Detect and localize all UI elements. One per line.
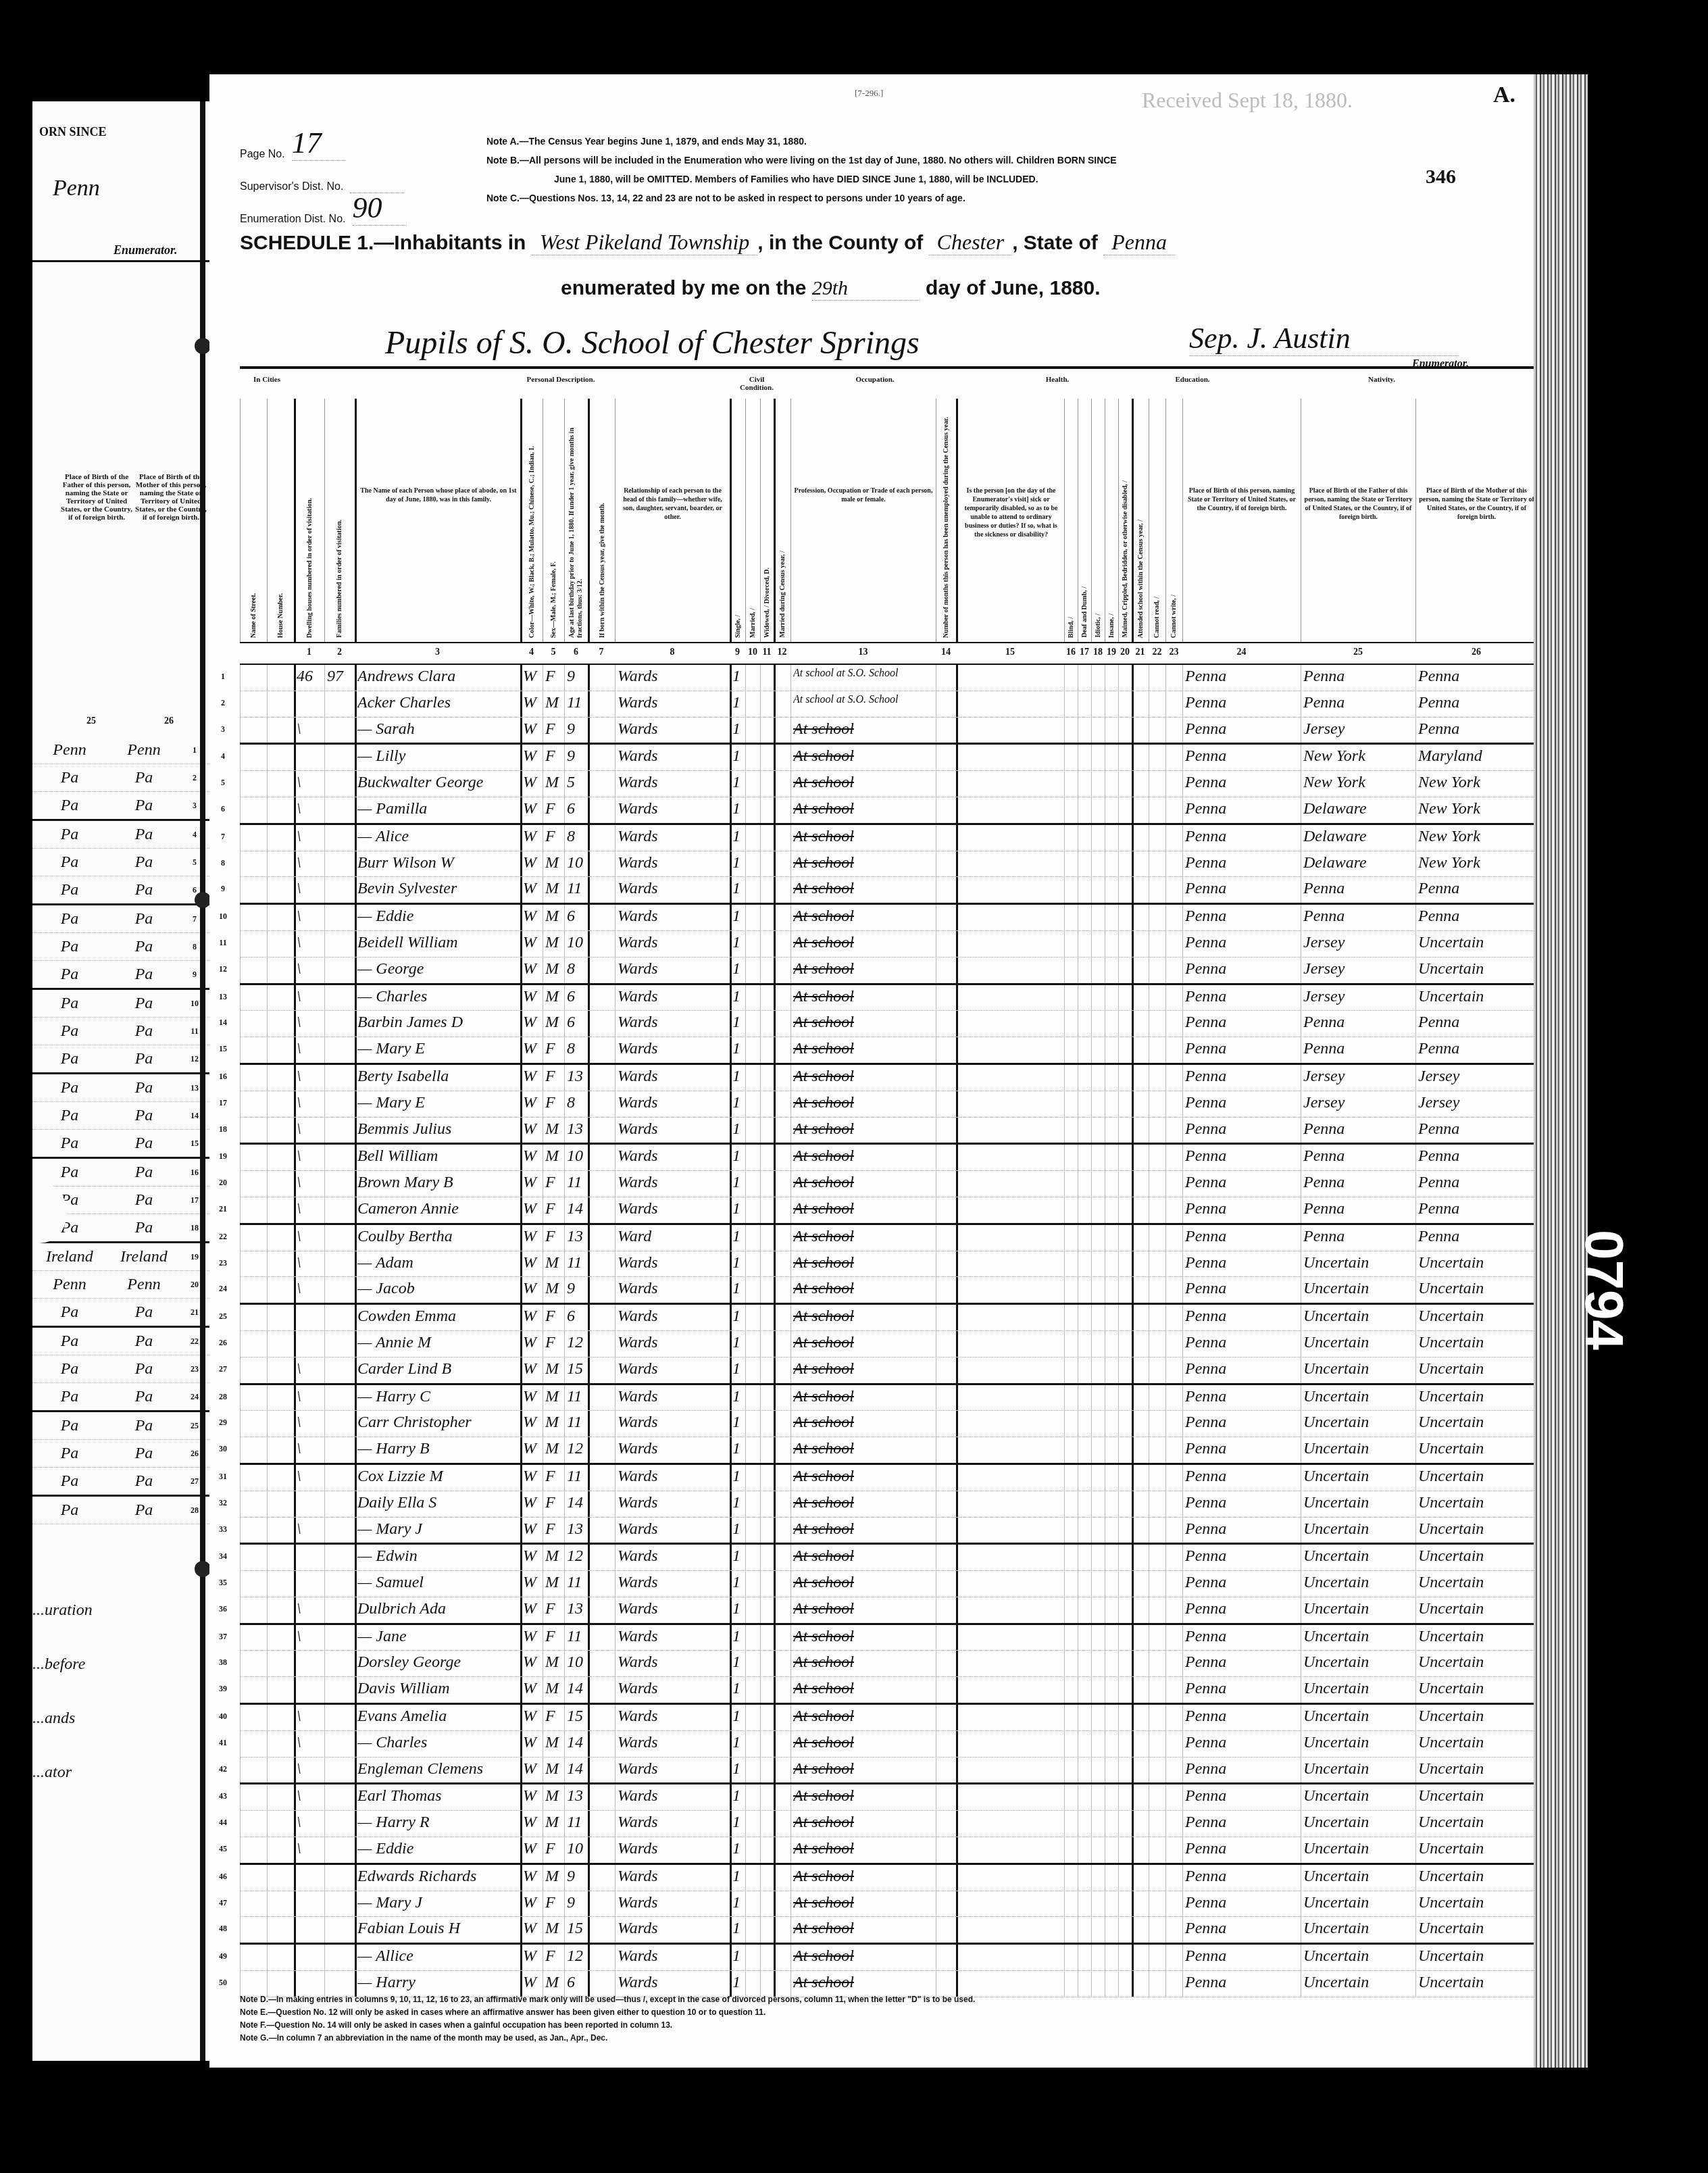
grid-line bbox=[1415, 1145, 1416, 1170]
grid-line bbox=[1182, 1865, 1183, 1891]
grid-line bbox=[1064, 1091, 1065, 1117]
cell-age: 8 bbox=[567, 960, 586, 978]
grid-line bbox=[956, 1011, 958, 1036]
left-cell-c25: Pa bbox=[32, 1303, 107, 1322]
cell-c26: Penna bbox=[1418, 694, 1536, 712]
grid-line bbox=[1078, 1518, 1078, 1543]
grid-line bbox=[1149, 1331, 1149, 1357]
grid-line bbox=[324, 1145, 325, 1170]
grid-line bbox=[1078, 1811, 1078, 1837]
grid-line bbox=[730, 1865, 732, 1891]
grid-line bbox=[790, 1518, 791, 1543]
grid-line bbox=[615, 1597, 616, 1623]
column-header-label: The Name of each Person whose place of a… bbox=[359, 486, 518, 504]
table-row: 49— AlliceWF12Wards1At schoolPennaUncert… bbox=[240, 1945, 1537, 1971]
grid-line bbox=[324, 1677, 325, 1703]
grid-line bbox=[355, 1597, 357, 1623]
cell-occ: At school bbox=[793, 1707, 934, 1726]
column-header-23: Cannot write, / bbox=[1165, 399, 1182, 642]
cell-rel: Wards bbox=[618, 1307, 728, 1326]
column-header-17: Deaf and Dumb, / bbox=[1078, 399, 1091, 642]
grid-line bbox=[1118, 1545, 1119, 1570]
grid-line bbox=[956, 1917, 958, 1943]
left-cell-c25: Penn bbox=[32, 741, 107, 759]
grid-line bbox=[1149, 1305, 1149, 1330]
left-cell-c26: Pa bbox=[107, 1134, 181, 1153]
grid-line bbox=[240, 1571, 241, 1597]
cell-dwelling: \ bbox=[297, 907, 323, 926]
grid-line bbox=[774, 1037, 776, 1063]
column-header-street: Name of Street. bbox=[240, 399, 267, 642]
grid-line bbox=[1064, 985, 1065, 1011]
grid-line bbox=[1165, 1465, 1166, 1491]
grid-line bbox=[790, 1145, 791, 1170]
left-cell-c25: Pa bbox=[32, 769, 107, 787]
grid-line bbox=[1132, 665, 1134, 691]
grid-line bbox=[790, 1571, 791, 1597]
cell-single: 1 bbox=[732, 1280, 744, 1298]
grid-line bbox=[1415, 851, 1416, 877]
table-row: 16\Berty IsabellaWF13Wards1At schoolPenn… bbox=[240, 1065, 1537, 1091]
grid-line bbox=[745, 1518, 746, 1543]
cell-occ: At school bbox=[793, 1334, 934, 1352]
grid-line bbox=[1118, 1971, 1119, 1997]
grid-line bbox=[956, 1491, 958, 1517]
grid-line bbox=[588, 1837, 590, 1863]
grid-line bbox=[294, 1065, 296, 1091]
grid-line bbox=[267, 1411, 268, 1437]
grid-line bbox=[1132, 1437, 1134, 1463]
cell-name: Cox Lizzie M bbox=[357, 1468, 519, 1486]
cell-c24: Penna bbox=[1185, 720, 1299, 739]
note-g: Note G.—In column 7 an abbreviation in t… bbox=[240, 2032, 975, 2045]
line-number-left: 48 bbox=[213, 1924, 233, 1934]
cell-c26: Uncertain bbox=[1418, 1868, 1536, 1886]
grid-line bbox=[240, 1491, 241, 1517]
cell-single: 1 bbox=[732, 1440, 744, 1458]
cell-sex: F bbox=[545, 1094, 563, 1112]
grid-line bbox=[760, 1917, 761, 1943]
cell-c25: Delaware bbox=[1303, 828, 1414, 846]
cell-c24: Penna bbox=[1185, 1760, 1299, 1778]
column-header-12: Married during Census year, / bbox=[774, 399, 790, 642]
cell-c25: Uncertain bbox=[1303, 1840, 1414, 1858]
grid-line bbox=[564, 1917, 565, 1943]
left-rows: PennPenn1PaPa2PaPa3PaPa4PaPa5PaPa6PaPa7P… bbox=[32, 736, 209, 1524]
grid-line bbox=[1118, 1011, 1119, 1036]
cell-occ: At school bbox=[793, 1840, 934, 1858]
cell-name: Cameron Annie bbox=[357, 1200, 519, 1218]
grid-line bbox=[1149, 1357, 1149, 1383]
grid-line bbox=[1149, 851, 1149, 877]
cell-single: 1 bbox=[732, 1200, 744, 1218]
cell-sex: M bbox=[545, 934, 563, 952]
left-cell-c25: Pa bbox=[32, 1107, 107, 1125]
grid-line bbox=[1064, 825, 1065, 851]
cell-rel: Wards bbox=[618, 1974, 728, 1992]
grid-line bbox=[1301, 1491, 1301, 1517]
grid-line bbox=[1064, 1197, 1065, 1223]
grid-line bbox=[1064, 1518, 1065, 1543]
grid-line bbox=[1165, 1784, 1166, 1810]
grid-line bbox=[324, 1891, 325, 1917]
grid-line bbox=[520, 1731, 522, 1757]
column-header-10: Married, / bbox=[745, 399, 760, 642]
cell-name: Barbin James D bbox=[357, 1014, 519, 1032]
grid-line bbox=[267, 1518, 268, 1543]
cell-c24: Penna bbox=[1185, 1280, 1299, 1298]
cell-dwelling: \ bbox=[297, 1628, 323, 1646]
grid-line bbox=[1415, 771, 1416, 797]
grid-line bbox=[1165, 1357, 1166, 1383]
grid-line bbox=[790, 797, 791, 823]
table-row: 6\— PamillaWF6Wards1At schoolPennaDelawa… bbox=[240, 797, 1537, 825]
note-b-cont: June 1, 1880, will be OMITTED. Members o… bbox=[486, 170, 1432, 189]
cell-c24: Penna bbox=[1185, 828, 1299, 846]
left-table-row: PennPenn1 bbox=[32, 736, 209, 764]
grid-line bbox=[1091, 1651, 1092, 1676]
column-header-14: Number of months this person has been un… bbox=[936, 399, 956, 642]
grid-line bbox=[1091, 1571, 1092, 1597]
cell-c26: Jersey bbox=[1418, 1068, 1536, 1086]
grid-line bbox=[1301, 691, 1301, 717]
grid-line bbox=[1078, 1357, 1078, 1383]
cell-sex: F bbox=[545, 1947, 563, 1966]
grid-line bbox=[267, 1385, 268, 1411]
table-row: 11\Beidell WilliamWM10Wards1At schoolPen… bbox=[240, 931, 1537, 957]
grid-line bbox=[774, 851, 776, 877]
cell-sex: F bbox=[545, 1040, 563, 1058]
cell-c25: Penna bbox=[1303, 1014, 1414, 1032]
grid-line bbox=[588, 1597, 590, 1623]
grid-line bbox=[294, 1277, 296, 1303]
grid-line bbox=[615, 1518, 616, 1543]
grid-line bbox=[324, 1411, 325, 1437]
cell-rel: Wards bbox=[618, 1014, 728, 1032]
grid-line bbox=[520, 931, 522, 957]
line-number-left: 32 bbox=[213, 1498, 233, 1508]
cell-color: W bbox=[523, 1787, 541, 1805]
cell-color: W bbox=[523, 854, 541, 872]
grid-line bbox=[564, 1197, 565, 1223]
grid-line bbox=[745, 905, 746, 930]
column-header-1: Dwelling houses numbered in order of vis… bbox=[294, 399, 324, 642]
cell-rel: Wards bbox=[618, 747, 728, 766]
cell-c24: Penna bbox=[1185, 1840, 1299, 1858]
cell-single: 1 bbox=[732, 1414, 744, 1432]
left-table-row: PaPa8 bbox=[32, 933, 209, 961]
grid-line bbox=[267, 851, 268, 877]
cell-name: — Sarah bbox=[357, 720, 519, 739]
grid-line bbox=[240, 905, 241, 930]
grid-line bbox=[956, 1197, 958, 1223]
cell-single: 1 bbox=[732, 1120, 744, 1139]
grid-line bbox=[1118, 1757, 1119, 1783]
grid-line bbox=[520, 1571, 522, 1597]
grid-line bbox=[267, 1118, 268, 1143]
grid-line bbox=[1064, 1225, 1065, 1251]
cell-color: W bbox=[523, 828, 541, 846]
grid-line bbox=[1064, 1145, 1065, 1170]
grid-line bbox=[1301, 1225, 1301, 1251]
column-header-label: Place of Birth of the Mother of this per… bbox=[1419, 486, 1534, 522]
table-row: 9\Bevin SylvesterWM11Wards1At schoolPenn… bbox=[240, 877, 1537, 905]
cell-color: W bbox=[523, 1068, 541, 1086]
grid-line bbox=[1301, 1411, 1301, 1437]
grid-line bbox=[936, 1597, 936, 1623]
grid-line bbox=[615, 691, 616, 717]
grid-line bbox=[240, 1277, 241, 1303]
grid-line bbox=[936, 1784, 936, 1810]
grid-line bbox=[1415, 1731, 1416, 1757]
line-number-left: 12 bbox=[213, 964, 233, 974]
grid-line bbox=[588, 1145, 590, 1170]
grid-line bbox=[1132, 1465, 1134, 1491]
grid-line bbox=[1165, 1171, 1166, 1197]
grid-line bbox=[1091, 1011, 1092, 1036]
cell-c25: Penna bbox=[1303, 1200, 1414, 1218]
grid-line bbox=[774, 1465, 776, 1491]
cell-age: 11 bbox=[567, 694, 586, 712]
cell-age: 9 bbox=[567, 1894, 586, 1912]
grid-line bbox=[760, 1385, 761, 1411]
grid-line bbox=[1149, 1731, 1149, 1757]
cell-occ: At school bbox=[793, 720, 934, 739]
cell-age: 11 bbox=[567, 1628, 586, 1646]
grid-line bbox=[936, 1651, 936, 1676]
cell-sex: F bbox=[545, 1228, 563, 1246]
table-row: 4— LillyWF9Wards1At schoolPennaNew YorkM… bbox=[240, 745, 1537, 771]
grid-line bbox=[324, 1171, 325, 1197]
grid-line bbox=[730, 1225, 732, 1251]
cell-c24: Penna bbox=[1185, 1094, 1299, 1112]
grid-line bbox=[790, 825, 791, 851]
grid-line bbox=[1118, 1065, 1119, 1091]
column-number: 16 bbox=[1064, 647, 1078, 658]
cell-single: 1 bbox=[732, 1014, 744, 1032]
cell-c24: Penna bbox=[1185, 1868, 1299, 1886]
grid-line bbox=[267, 1865, 268, 1891]
cell-c26: Jersey bbox=[1418, 1094, 1536, 1112]
cell-age: 12 bbox=[567, 1547, 586, 1566]
grid-line bbox=[956, 1465, 958, 1491]
grid-line bbox=[588, 985, 590, 1011]
grid-line bbox=[588, 905, 590, 930]
grid-line bbox=[774, 718, 776, 743]
grid-line bbox=[1415, 745, 1416, 770]
cell-single: 1 bbox=[732, 1680, 744, 1698]
cell-sex: M bbox=[545, 1547, 563, 1566]
grid-line bbox=[774, 1545, 776, 1570]
cell-c24: Penna bbox=[1185, 907, 1299, 926]
grid-line bbox=[1064, 1891, 1065, 1917]
grid-line bbox=[1149, 825, 1149, 851]
grid-line bbox=[588, 1865, 590, 1891]
cell-rel: Wards bbox=[618, 1760, 728, 1778]
grid-line bbox=[1091, 1465, 1092, 1491]
grid-line bbox=[1415, 905, 1416, 930]
grid-line bbox=[588, 1705, 590, 1730]
cell-c26: Penna bbox=[1418, 1147, 1536, 1166]
grid-line bbox=[324, 1945, 325, 1970]
grid-line bbox=[790, 1705, 791, 1730]
grid-line bbox=[1091, 1437, 1092, 1463]
grid-line bbox=[1132, 905, 1134, 930]
grid-line bbox=[745, 1597, 746, 1623]
cell-c26: Penna bbox=[1418, 1174, 1536, 1192]
grid-line bbox=[1415, 1625, 1416, 1651]
grid-line bbox=[240, 1677, 241, 1703]
grid-line bbox=[774, 1385, 776, 1411]
grid-line bbox=[1132, 957, 1134, 983]
grid-line bbox=[1091, 1171, 1092, 1197]
grid-line bbox=[543, 1277, 543, 1303]
grid-line bbox=[1182, 1705, 1183, 1730]
grid-line bbox=[1165, 851, 1166, 877]
grid-line bbox=[760, 745, 761, 770]
grid-line bbox=[1301, 1571, 1301, 1597]
grid-line bbox=[564, 1545, 565, 1570]
cell-color: W bbox=[523, 1200, 541, 1218]
grid-line bbox=[520, 1545, 522, 1570]
grid-line bbox=[760, 1145, 761, 1170]
grid-line bbox=[1132, 1971, 1134, 1997]
grid-line bbox=[1105, 1865, 1105, 1891]
line-number-left: 47 bbox=[213, 1898, 233, 1908]
grid-line bbox=[1078, 1705, 1078, 1730]
grid-line bbox=[1078, 1305, 1078, 1330]
grid-line bbox=[324, 1091, 325, 1117]
grid-line bbox=[294, 1705, 296, 1730]
grid-line bbox=[730, 771, 732, 797]
grid-line bbox=[324, 771, 325, 797]
grid-line bbox=[564, 1145, 565, 1170]
grid-line bbox=[1118, 1651, 1119, 1676]
cell-c25: Uncertain bbox=[1303, 1414, 1414, 1432]
table-row: 14697Andrews ClaraWF9Wards1At school at … bbox=[240, 665, 1537, 691]
grid-line bbox=[267, 1145, 268, 1170]
grid-line bbox=[615, 1891, 616, 1917]
page-stack-edge bbox=[1534, 74, 1588, 2068]
cell-color: W bbox=[523, 1840, 541, 1858]
grid-line bbox=[745, 691, 746, 717]
grid-line bbox=[745, 1784, 746, 1810]
grid-line bbox=[1301, 1811, 1301, 1837]
cell-c26: Uncertain bbox=[1418, 1628, 1536, 1646]
line-number-left: 5 bbox=[213, 778, 233, 788]
left-cell-c25: Penn bbox=[32, 1276, 107, 1294]
grid-line bbox=[730, 797, 732, 823]
grid-line bbox=[1064, 1331, 1065, 1357]
grid-line bbox=[790, 1545, 791, 1570]
grid-line bbox=[1415, 1197, 1416, 1223]
cell-c24: Penna bbox=[1185, 1414, 1299, 1432]
left-table-row: PaPa4 bbox=[32, 821, 209, 849]
grid-line bbox=[1415, 1491, 1416, 1517]
cell-age: 13 bbox=[567, 1120, 586, 1139]
cell-single: 1 bbox=[732, 854, 744, 872]
grid-line bbox=[1064, 931, 1065, 957]
grid-line bbox=[1149, 1225, 1149, 1251]
grid-line bbox=[615, 1251, 616, 1277]
grid-line bbox=[1091, 1917, 1092, 1943]
grid-line bbox=[1182, 1518, 1183, 1543]
grid-line bbox=[1165, 1945, 1166, 1970]
grid-line bbox=[324, 718, 325, 743]
grid-line bbox=[1301, 1731, 1301, 1757]
grid-line bbox=[1118, 1225, 1119, 1251]
grid-line bbox=[1149, 797, 1149, 823]
grid-line bbox=[564, 1465, 565, 1491]
grid-line bbox=[588, 1917, 590, 1943]
grid-line bbox=[267, 1757, 268, 1783]
grid-line bbox=[745, 1837, 746, 1863]
grid-line bbox=[355, 1197, 357, 1223]
grid-line bbox=[520, 1011, 522, 1036]
grid-line bbox=[588, 1651, 590, 1676]
cell-c25: Uncertain bbox=[1303, 1468, 1414, 1486]
grid-line bbox=[774, 825, 776, 851]
grid-line bbox=[730, 877, 732, 903]
cell-rel: Wards bbox=[618, 1414, 728, 1432]
grid-line bbox=[1064, 1651, 1065, 1676]
left-cell-c25: Pa bbox=[32, 1472, 107, 1491]
grid-line bbox=[588, 1065, 590, 1091]
grid-line bbox=[1078, 1465, 1078, 1491]
grid-line bbox=[1091, 797, 1092, 823]
column-number: 26 bbox=[1415, 647, 1537, 658]
grid-line bbox=[294, 1891, 296, 1917]
cell-occ: At school bbox=[793, 828, 934, 846]
grid-line bbox=[936, 1251, 936, 1277]
grid-line bbox=[543, 1811, 543, 1837]
line-number-left: 2 bbox=[213, 698, 233, 708]
film-frame-number: 0794 bbox=[1573, 1230, 1635, 1350]
table-row: 45\— EddieWF10Wards1At schoolPennaUncert… bbox=[240, 1837, 1537, 1865]
grid-line bbox=[1165, 1891, 1166, 1917]
column-number: 12 bbox=[774, 647, 790, 658]
left-cell-c26: Pa bbox=[107, 1360, 181, 1378]
grid-line bbox=[1105, 1277, 1105, 1303]
grid-line bbox=[1105, 1065, 1105, 1091]
grid-line bbox=[267, 1625, 268, 1651]
cell-c25: Uncertain bbox=[1303, 1760, 1414, 1778]
grid-line bbox=[1165, 1625, 1166, 1651]
cell-c24: Penna bbox=[1185, 1228, 1299, 1246]
grid-line bbox=[324, 1651, 325, 1676]
grid-line bbox=[615, 1225, 616, 1251]
grid-line bbox=[355, 1037, 357, 1063]
cell-rel: Wards bbox=[618, 1520, 728, 1539]
grid-line bbox=[1064, 877, 1065, 903]
left-cell-c25: Pa bbox=[32, 853, 107, 872]
grid-line bbox=[520, 1357, 522, 1383]
grid-line bbox=[588, 1811, 590, 1837]
grid-line bbox=[790, 1677, 791, 1703]
grid-line bbox=[1301, 1917, 1301, 1943]
cell-c25: Delaware bbox=[1303, 800, 1414, 818]
grid-line bbox=[324, 1491, 325, 1517]
grid-line bbox=[1182, 1625, 1183, 1651]
grid-line bbox=[1091, 771, 1092, 797]
enumeration-line: Enumeration Dist. No. 90 bbox=[240, 193, 443, 226]
grid-line bbox=[1105, 691, 1105, 717]
grid-line bbox=[615, 1731, 616, 1757]
grid-line bbox=[240, 1385, 241, 1411]
grid-line bbox=[1105, 1011, 1105, 1036]
cell-age: 14 bbox=[567, 1680, 586, 1698]
cell-name: — Mary J bbox=[357, 1894, 519, 1912]
